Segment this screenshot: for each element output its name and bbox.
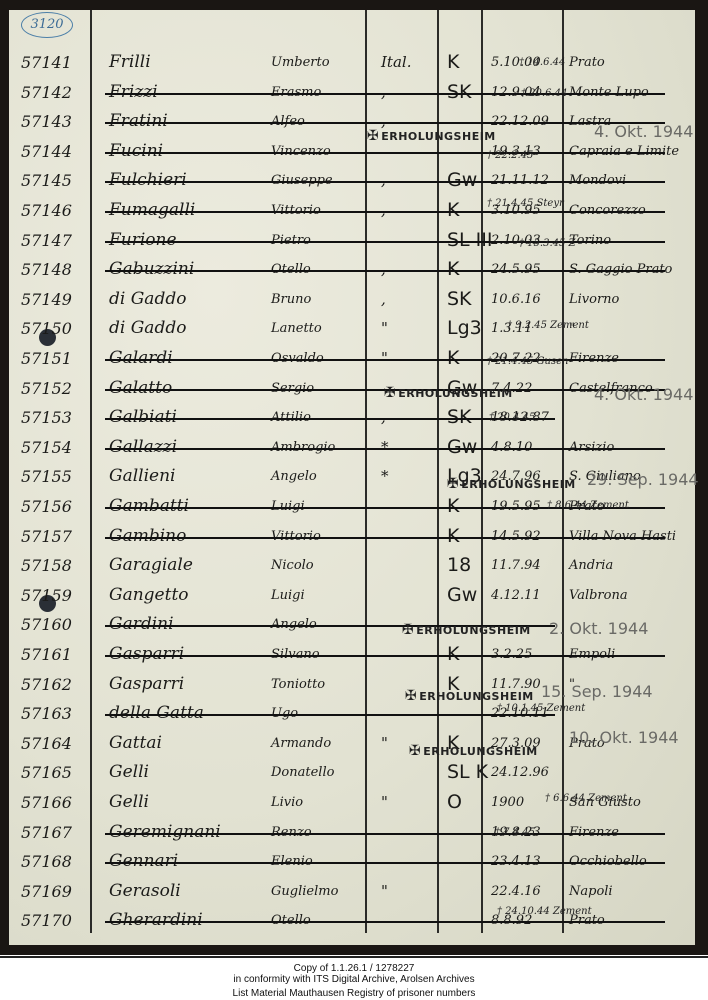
death-note: † 14.6.44 [519,57,565,68]
prisoner-number: 57144 [21,137,91,166]
conformity-statement: in conformity with ITS Digital Archive, … [0,974,708,985]
prisoner-number: 57143 [21,107,91,136]
strikethrough-line [105,93,665,95]
prisoner-number: 57166 [21,788,91,817]
given-name: Guglielmo [271,877,338,906]
death-note: † 20.6.44 [521,88,567,99]
registry-row: 57148GabuzziniOtello,K24.5.95S. Gaggio P… [9,255,695,284]
registry-row: 57147FurionePietroSL III2.10.03Torino [9,226,695,255]
strikethrough-line [105,921,665,923]
death-note: † 7.4.45 [495,827,535,838]
prisoner-number: 57156 [21,492,91,521]
nationality: , [381,285,386,314]
nationality: " [381,729,388,758]
prisoner-number: 57163 [21,699,91,728]
death-note: † 24.10.44 Zement [497,906,592,917]
registry-row: 57169GerasoliGuglielmo"22.4.16Napoli [9,877,695,906]
prisoner-number: 57154 [21,433,91,462]
death-note: † 10.1.45 Zement [497,703,585,714]
strikethrough-line [105,418,555,420]
scanned-document: 3120 57141FrilliUmbertoItal.K5.10.00Prat… [0,0,708,955]
birth-date: 4.12.11 [491,581,541,610]
registry-row: 57151GalardiOsvaldo"K20.7.22Firenze [9,344,695,373]
strikethrough-line [105,181,665,183]
surname: di Gaddo [109,314,186,343]
archive-number-stamp: 3120 [21,12,73,38]
prisoner-number: 57161 [21,640,91,669]
birth-date: 11.7.94 [491,551,541,580]
copy-reference: Copy of 1.1.26.1 / 1278227 [0,963,708,974]
surname: Gerasoli [109,877,181,906]
registry-row: 57165GelliDonatelloSL K24.12.96 [9,758,695,787]
given-name: Nicolo [271,551,314,580]
strikethrough-line [105,655,665,657]
death-note: † 22.2.45 [487,150,533,161]
prisoner-number: 57150 [21,314,91,343]
registry-row: 57141FrilliUmbertoItal.K5.10.00Prato [9,48,695,77]
nationality: Ital. [381,48,411,77]
given-name: Toniotto [271,670,325,699]
surname: Gallieni [109,462,175,491]
stamp-date: 29. Sep. 1944 [587,470,699,489]
collection-title: List Material Mauthausen Registry of pri… [0,988,708,999]
strikethrough-line [105,833,665,835]
prisoner-number: 57155 [21,462,91,491]
strikethrough-line [105,359,665,361]
prisoner-number: 57141 [21,48,91,77]
registry-row: 57146FumagalliVittorio,K3.10.95Concorezz… [9,196,695,225]
strikethrough-line [105,241,665,243]
prisoner-number: 57153 [21,403,91,432]
given-name: Luigi [271,581,305,610]
strikethrough-line [105,448,665,450]
prisoner-number: 57148 [21,255,91,284]
registry-row: 57157GambinoVittorioK14.5.92Villa Nova H… [9,522,695,551]
registry-row: 57170GherardiniOtello8.8.92Prato [9,906,695,935]
registry-row: 57154GallazziAmbrogio*Gw4.8.10Arsizio [9,433,695,462]
birth-place: Valbrona [569,581,628,610]
prisoner-number: 57158 [21,551,91,580]
birth-date: 22.4.16 [491,877,541,906]
strikethrough-line [105,714,555,716]
birth-place: Andria [569,551,613,580]
strikethrough-line [105,122,665,124]
erholungsheim-stamp: ✠ERHOLUNGSHEIM [384,385,513,401]
strikethrough-line [105,270,665,272]
death-note: † 15.3.45 Z [519,238,575,249]
prisoner-number: 57167 [21,818,91,847]
surname: di Gaddo [109,285,186,314]
birth-place: Napoli [569,877,613,906]
registry-page: 3120 57141FrilliUmbertoItal.K5.10.00Prat… [9,10,695,945]
stamp-date: 2. Okt. 1944 [549,619,648,638]
death-note: † 21.4.45 Steyr [487,198,564,209]
prisoner-number: 57157 [21,522,91,551]
death-note: † 8.6.44 Zement [547,500,629,511]
prisoner-number: 57151 [21,344,91,373]
given-name: Bruno [271,285,311,314]
stamp-date: 4. Okt. 1944 [594,385,693,404]
prisoner-number: 57146 [21,196,91,225]
birth-date: 10.6.16 [491,285,541,314]
death-note: † 9.2.45 Zement [507,320,589,331]
prisoner-number: 57152 [21,374,91,403]
birth-date: 1900 [491,788,524,817]
given-name: Angelo [271,462,317,491]
surname: Gelli [109,758,149,787]
prisoner-number: 57170 [21,906,91,935]
stamp-date: 15. Sep. 1944 [541,682,653,701]
stamp-date: 4. Okt. 1944 [594,122,693,141]
registry-row: 57159GangettoLuigiGw4.12.11Valbrona [9,581,695,610]
registry-row: 57152GalattoSergioGw7.4.22Castelfranco [9,374,695,403]
prisoner-number: 57159 [21,581,91,610]
category: SL K [447,758,488,787]
registry-row: 57150di GaddoLanetto"Lg31.3.11" [9,314,695,343]
given-name: Lanetto [271,314,322,343]
surname: Gattai [109,729,162,758]
erholungsheim-stamp: ✠ERHOLUNGSHEIM [447,476,576,492]
prisoner-number: 57142 [21,78,91,107]
given-name: Umberto [271,48,330,77]
prisoner-number: 57168 [21,847,91,876]
death-note: † 20.4.45 [489,412,535,423]
birth-place: Prato [569,48,605,77]
prisoner-number: 57149 [21,285,91,314]
nationality: * [381,462,389,491]
category: 18 [447,551,471,580]
birth-place: Livorno [569,285,619,314]
birth-date: 24.12.96 [491,758,549,787]
registry-row: 57145FulchieriGiuseppe,Gw21.11.12Mondovi [9,166,695,195]
category: SK [447,285,472,314]
prisoner-number: 57169 [21,877,91,906]
surname: Frilli [109,48,151,77]
stamp-date: 10. Okt. 1944 [569,728,679,747]
registry-row: 57153GalbiatiAttilio,SK18.12.87 [9,403,695,432]
prisoner-number: 57164 [21,729,91,758]
erholungsheim-stamp: ✠ERHOLUNGSHEIM [402,622,531,638]
death-note: † 6.6.44 Zement [545,793,627,804]
registry-row: 57167GeremignaniRenzo19.8.23Firenze [9,818,695,847]
strikethrough-line [105,211,665,213]
registry-row: 57158GaragialeNicolo1811.7.94Andria [9,551,695,580]
erholungsheim-stamp: ✠ERHOLUNGSHEIM [409,743,538,759]
registry-row: 57142FrizziErasmo,SK12.9.04Monte Lupo [9,78,695,107]
footer-divider [0,956,708,958]
prisoner-number: 57162 [21,670,91,699]
given-name: Livio [271,788,303,817]
category: K [447,48,459,77]
nationality: " [381,788,388,817]
strikethrough-line [105,152,665,154]
surname: Gangetto [109,581,189,610]
prisoner-number: 57165 [21,758,91,787]
nationality: " [381,314,388,343]
registry-row: 57163della GattaUgo22.10.11 [9,699,695,728]
registry-row: 57143FratiniAlfeo,22.12.09Lastra [9,107,695,136]
nationality: " [381,877,388,906]
erholungsheim-stamp: ✠ERHOLUNGSHEIM [405,688,534,704]
strikethrough-line [105,537,665,539]
category: Lg3 [447,314,482,343]
given-name: Armando [271,729,331,758]
strikethrough-line [105,862,665,864]
surname: Garagiale [109,551,193,580]
surname: Gelli [109,788,149,817]
category: Gw [447,581,477,610]
prisoner-number: 57147 [21,226,91,255]
registry-row: 57149di GaddoBruno,SK10.6.16Livorno [9,285,695,314]
prisoner-number: 57160 [21,610,91,639]
death-note: † 21.4.45 Gusen [487,356,568,367]
registry-row: 57144FuciniVincenzo19.3.13Capraia e Limi… [9,137,695,166]
registry-row: 57168GennariElenio23.4.13Occhiobello [9,847,695,876]
erholungsheim-stamp: ✠ERHOLUNGSHEIM [367,128,496,144]
registry-row: 57161GasparriSilvanoK3.2.25Empoli [9,640,695,669]
given-name: Donatello [271,758,334,787]
category: O [447,788,462,817]
prisoner-number: 57145 [21,166,91,195]
surname: Gasparri [109,670,184,699]
